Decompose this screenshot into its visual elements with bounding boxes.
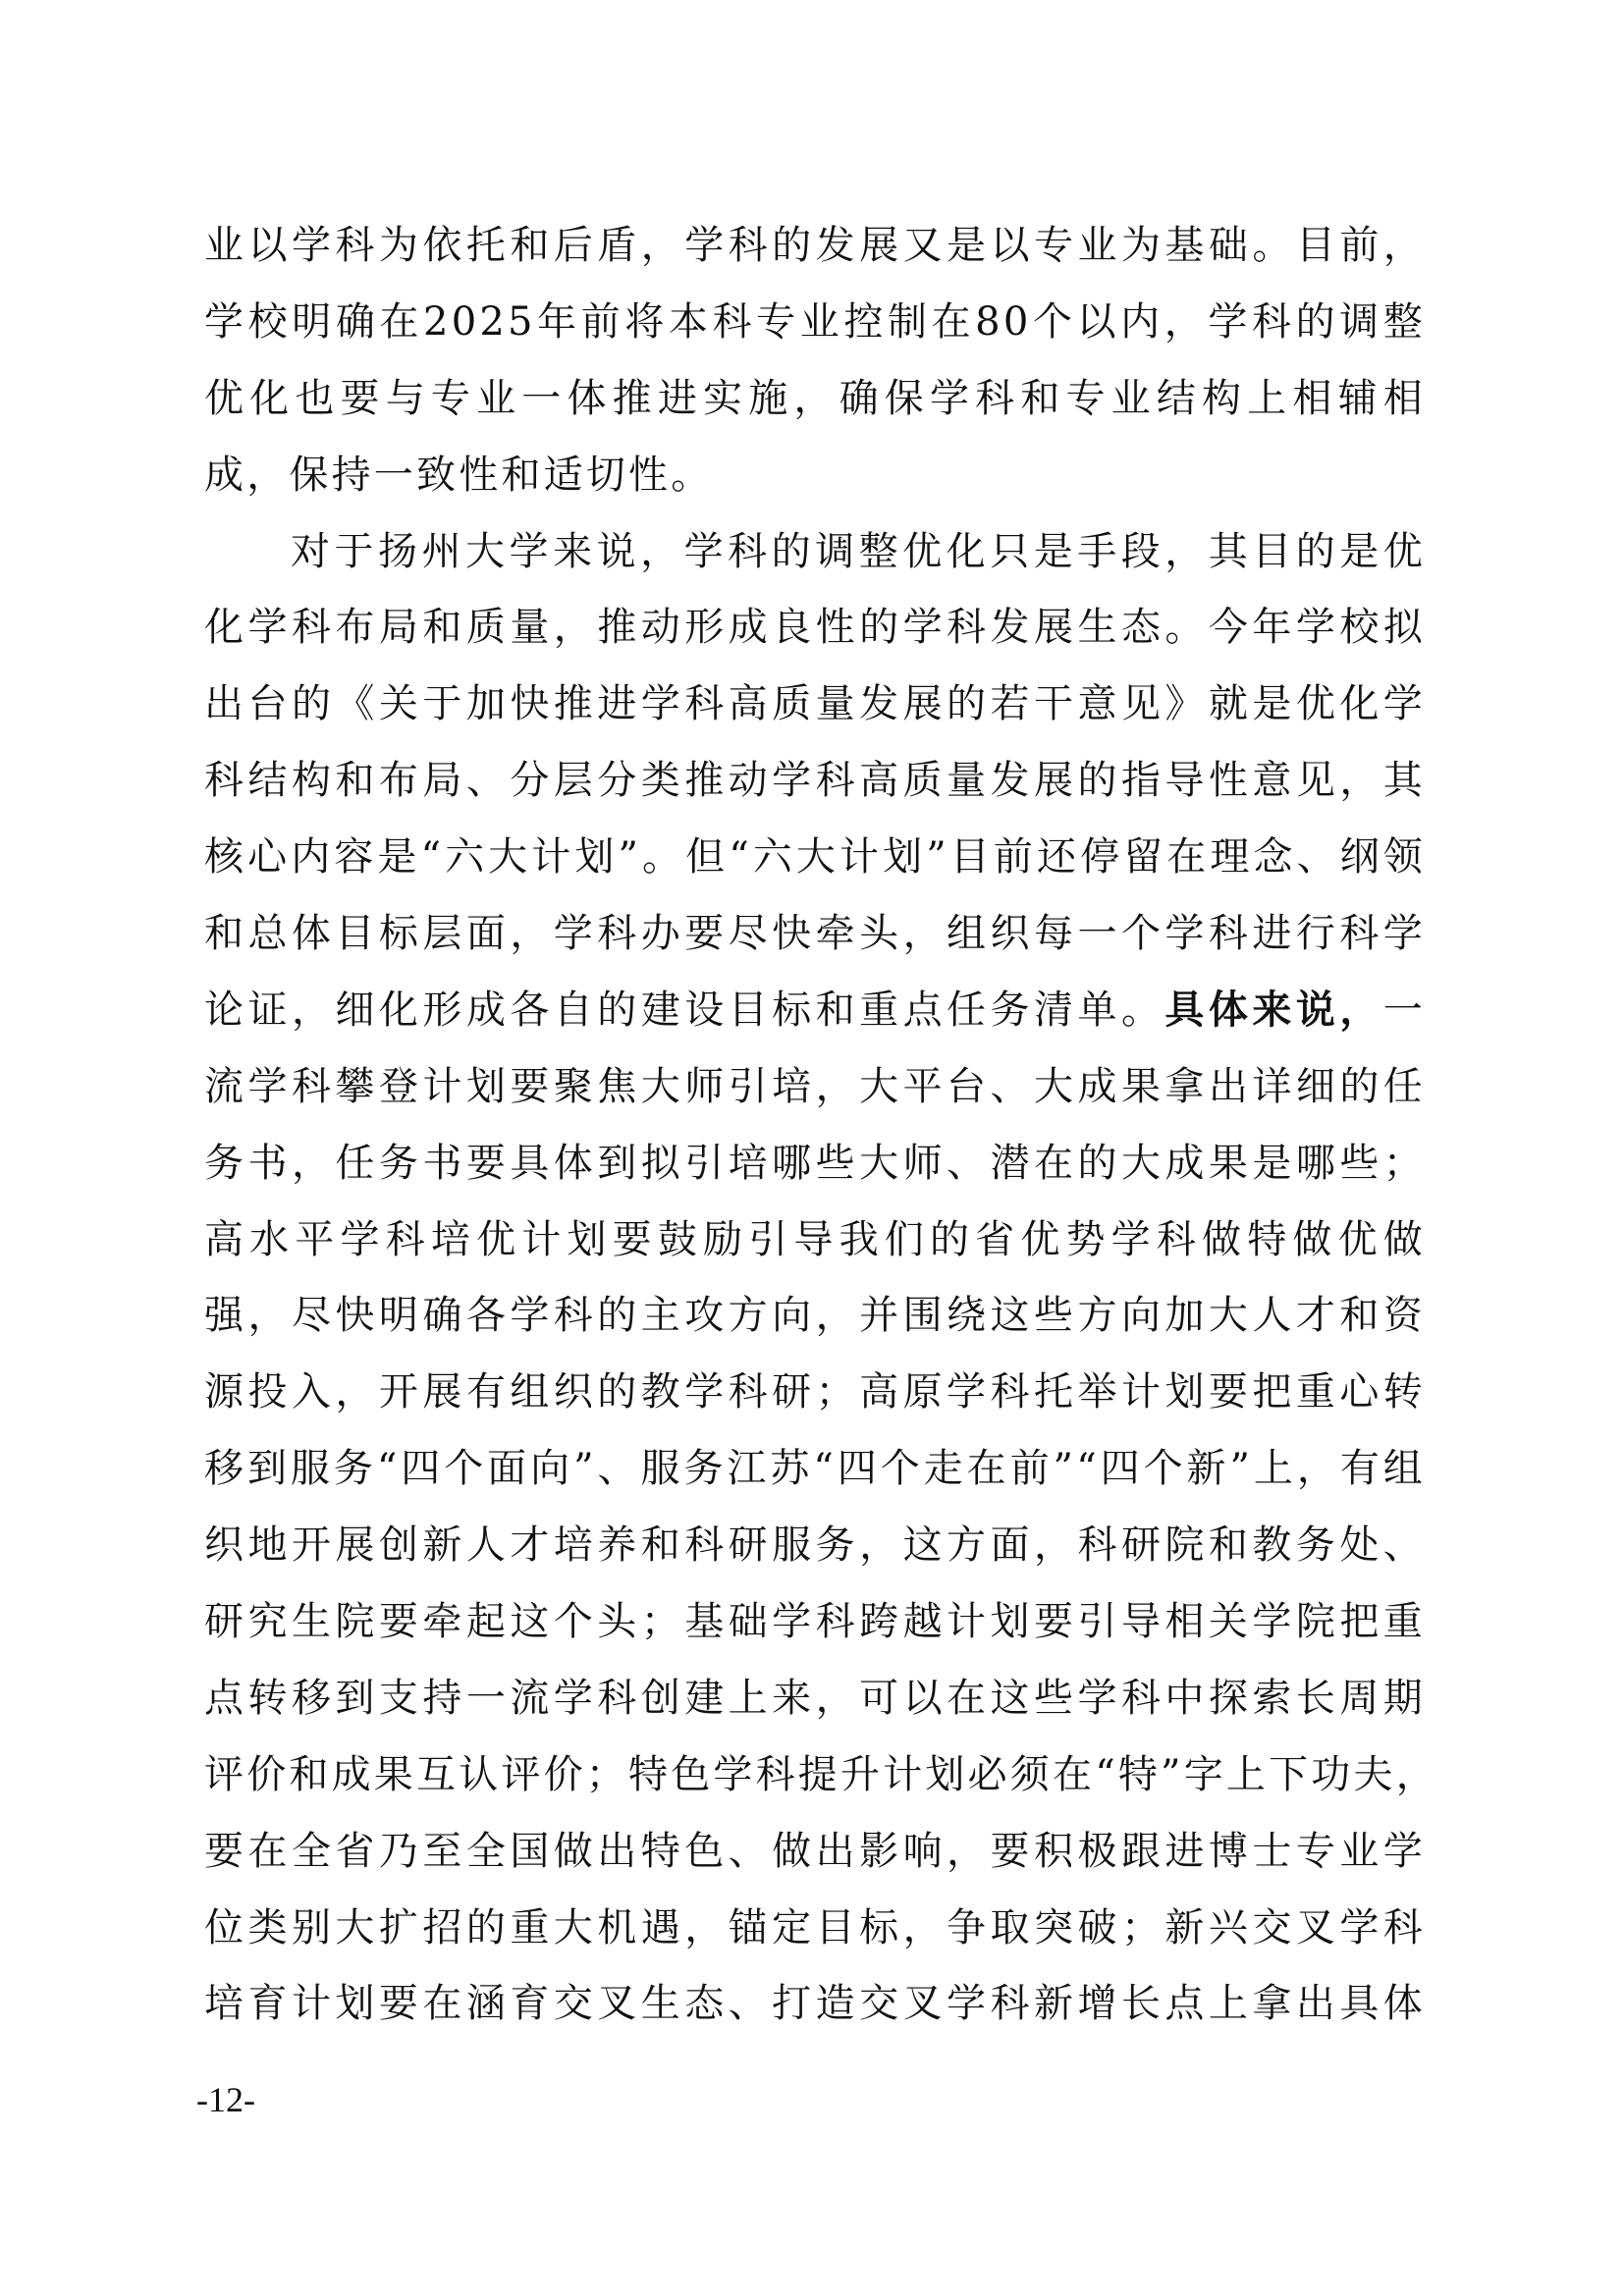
text-line: 评价和成果互认评价；特色学科提升计划必须在“特”字上下功夫， — [204, 1743, 1426, 1820]
text-line: 业以学科为依托和后盾，学科的发展又是以专业为基础。目前， — [204, 214, 1426, 291]
text-line: 位类别大扩招的重大机遇，锚定目标，争取突破；新兴交叉学科 — [204, 1896, 1426, 1973]
text-line: 高水平学科培优计划要鼓励引导我们的省优势学科做特做优做 — [204, 1208, 1426, 1285]
text-line: 出台的《关于加快推进学科高质量发展的若干意见》就是优化学 — [204, 672, 1426, 749]
text-line: 和总体目标层面，学科办要尽快牵头，组织每一个学科进行科学 — [204, 902, 1426, 979]
page-number: -12- — [196, 2079, 255, 2120]
text-line: 流学科攀登计划要聚焦大师引培，大平台、大成果拿出详细的任 — [204, 1055, 1426, 1132]
paragraph-2: 对于扬州大学来说，学科的调整优化只是手段，其目的是优 化学科布局和质量，推动形成… — [204, 520, 1432, 2050]
body-text: 业以学科为依托和后盾，学科的发展又是以专业为基础。目前， 学校明确在2025年前… — [204, 214, 1432, 2049]
text-line: 学校明确在2025年前将本科专业控制在80个以内，学科的调整 — [204, 291, 1426, 367]
text-segment: 一 — [1383, 988, 1426, 1033]
text-line: 源投入，开展有组织的教学科研；高原学科托举计划要把重心转 — [204, 1361, 1426, 1437]
paragraph-1: 业以学科为依托和后盾，学科的发展又是以专业为基础。目前， 学校明确在2025年前… — [204, 214, 1432, 520]
text-line: 科结构和布局、分层分类推动学科高质量发展的指导性意见，其 — [204, 749, 1426, 826]
text-line: 务书，任务书要具体到拟引培哪些大师、潜在的大成果是哪些； — [204, 1132, 1426, 1208]
text-line: 强，尽快明确各学科的主攻方向，并围绕这些方向加大人才和资 — [204, 1284, 1426, 1361]
text-line: 培育计划要在涵育交叉生态、打造交叉学科新增长点上拿出具体 — [204, 1972, 1426, 2049]
text-line: 成，保持一致性和适切性。 — [204, 444, 1426, 520]
text-line: 优化也要与专业一体推进实施，确保学科和专业结构上相辅相 — [204, 367, 1426, 444]
text-line: 移到服务“四个面向”、服务江苏“四个走在前”“四个新”上，有组 — [204, 1437, 1426, 1514]
text-line: 化学科布局和质量，推动形成良性的学科发展生态。今年学校拟 — [204, 596, 1426, 672]
text-segment: 论证，细化形成各自的建设目标和重点任务清单。 — [204, 988, 1164, 1033]
text-line: 研究生院要牵起这个头；基础学科跨越计划要引导相关学院把重 — [204, 1590, 1426, 1667]
text-line: 要在全省乃至全国做出特色、做出影响，要积极跟进博士专业学 — [204, 1820, 1426, 1896]
text-line: 对于扬州大学来说，学科的调整优化只是手段，其目的是优 — [204, 520, 1426, 597]
text-line: 核心内容是“六大计划”。但“六大计划”目前还停留在理念、纲领 — [204, 826, 1426, 902]
bold-phrase: 具体来说， — [1164, 987, 1382, 1033]
text-line: 织地开展创新人才培养和科研服务，这方面，科研院和教务处、 — [204, 1514, 1426, 1590]
text-line: 点转移到支持一流学科创建上来，可以在这些学科中探索长周期 — [204, 1667, 1426, 1743]
document-page: 业以学科为依托和后盾，学科的发展又是以专业为基础。目前， 学校明确在2025年前… — [0, 0, 1624, 2296]
text-line-with-bold: 论证，细化形成各自的建设目标和重点任务清单。具体来说，一 — [204, 979, 1426, 1055]
